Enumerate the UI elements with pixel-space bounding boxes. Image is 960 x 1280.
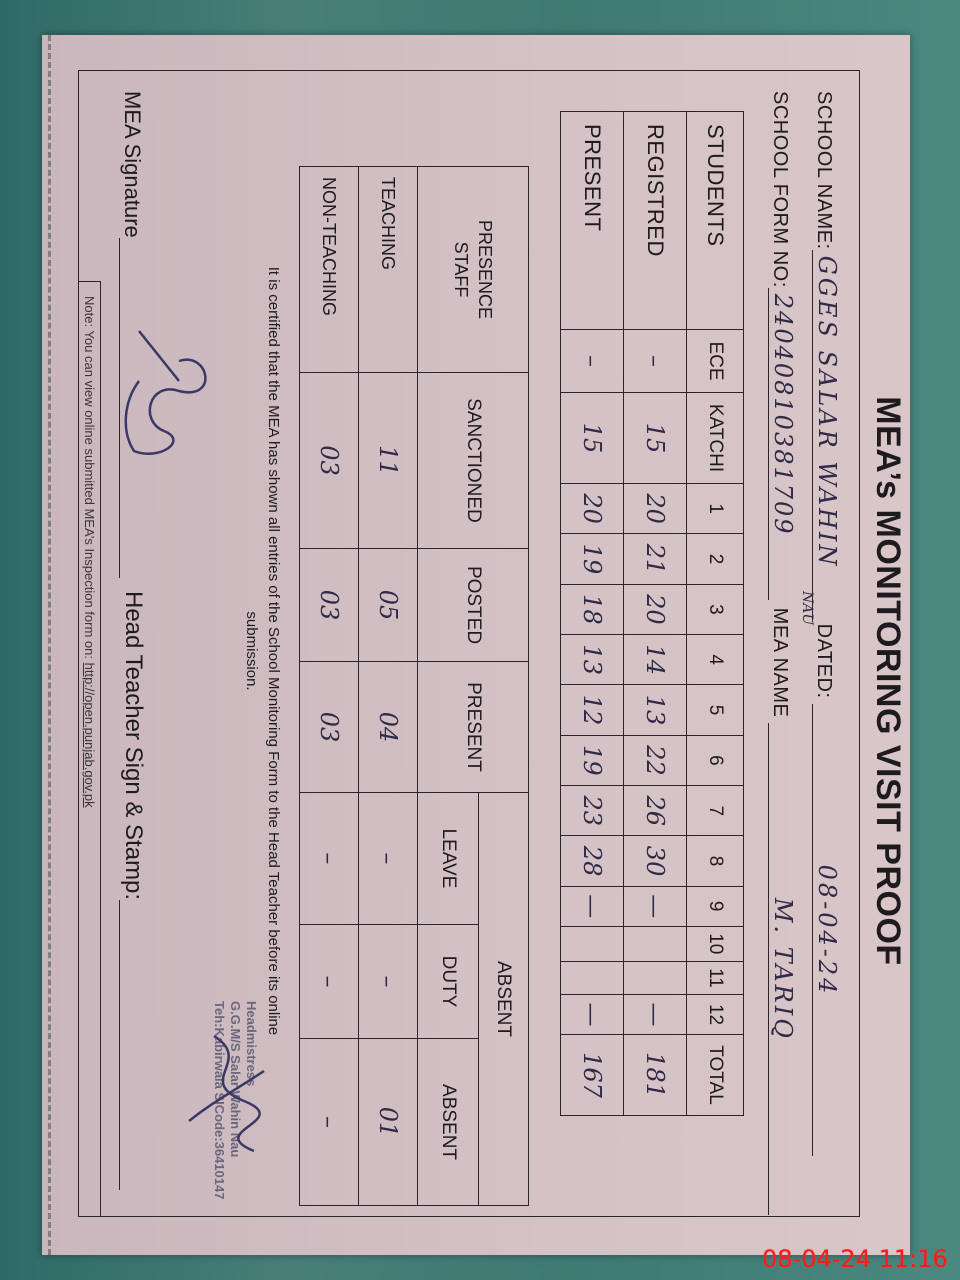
- school-name-value: GGES SALAR WAHIN: [812, 250, 841, 622]
- staff-corner-line1: PRESENCE: [475, 220, 495, 319]
- cell: –: [561, 330, 624, 393]
- cell: 01: [359, 1039, 418, 1206]
- col-header: KATCHI: [687, 393, 744, 484]
- col-header: SANCTIONED: [418, 373, 529, 549]
- cell-total: 167: [561, 1035, 624, 1116]
- col-header: 8: [687, 836, 744, 886]
- cell: 26: [624, 786, 687, 836]
- cell: 23: [561, 786, 624, 836]
- cell: 15: [561, 393, 624, 484]
- cell: 03: [300, 549, 359, 662]
- note-text: Note: You can view online submitted MEA’…: [82, 296, 97, 659]
- photo-timestamp: 08-04-24 11:16: [762, 1245, 948, 1273]
- cell: [561, 961, 624, 994]
- school-form-no-value: 24040810381709: [768, 288, 797, 600]
- cell: 13: [561, 635, 624, 685]
- table-row-present: PRESENT – 15 20 19 18 13 12 19 23 28 — —…: [561, 112, 624, 1116]
- col-header: ECE: [687, 330, 744, 393]
- cell: 05: [359, 549, 418, 662]
- form-paper: MEA’s MONITORING VISIT PROOF SCHOOL NAME…: [42, 35, 910, 1255]
- school-name-extra: NAU: [799, 591, 815, 625]
- cell: 04: [359, 662, 418, 793]
- school-name-row: SCHOOL NAME: GGES SALAR WAHIN DATED: 08-…: [812, 91, 841, 1156]
- cell: —: [624, 886, 687, 926]
- cell: 11: [359, 373, 418, 549]
- dated-value: 08-04-24: [812, 704, 841, 1156]
- school-name-label: SCHOOL NAME:: [812, 91, 835, 250]
- col-header: 12: [687, 995, 744, 1035]
- cell: –: [624, 330, 687, 393]
- col-header: LEAVE: [418, 793, 479, 925]
- col-header: PRESENT: [418, 662, 529, 793]
- cell: 14: [624, 635, 687, 685]
- col-header: 9: [687, 886, 744, 926]
- col-header: 3: [687, 584, 744, 634]
- cell: 19: [561, 534, 624, 584]
- col-header: 6: [687, 735, 744, 785]
- students-header-row: STUDENTS ECE KATCHI 1 2 3 4 5 6 7 8 9 10…: [687, 112, 744, 1116]
- cell: 19: [561, 735, 624, 785]
- staff-table: PRESENCE STAFF SANCTIONED POSTED PRESENT…: [299, 166, 529, 1206]
- cell: –: [359, 793, 418, 925]
- cell: [624, 961, 687, 994]
- cell: –: [300, 793, 359, 925]
- certification-line-1: It is certified that the MEA has shown a…: [262, 151, 284, 1151]
- cell: [624, 926, 687, 961]
- col-header: DUTY: [418, 924, 479, 1038]
- head-teacher-sign-field: Head Teacher Sign & Stamp:: [119, 591, 147, 1190]
- cell: —: [561, 995, 624, 1035]
- col-header: ABSENT: [418, 1039, 479, 1206]
- col-header: 4: [687, 635, 744, 685]
- cell: 15: [624, 393, 687, 484]
- school-form-no-label: SCHOOL FORM NO:: [768, 91, 791, 288]
- col-header: 7: [687, 786, 744, 836]
- col-header: 11: [687, 961, 744, 994]
- cell: 28: [561, 836, 624, 886]
- table-row-teaching: TEACHING 11 05 04 – – 01: [359, 167, 418, 1206]
- cell: 18: [561, 584, 624, 634]
- mea-signature-scribble: [119, 321, 219, 471]
- dated-label: DATED:: [812, 624, 835, 699]
- cell: 20: [624, 484, 687, 534]
- row-label: PRESENT: [561, 112, 624, 330]
- form-frame: MEA’s MONITORING VISIT PROOF SCHOOL NAME…: [78, 70, 860, 1217]
- col-header: TOTAL: [687, 1035, 744, 1116]
- cell: 13: [624, 685, 687, 735]
- cell: –: [359, 924, 418, 1038]
- head-teacher-signature-scribble: [184, 1031, 274, 1181]
- cell: 22: [624, 735, 687, 785]
- mea-name-value: M. TARIQ: [768, 723, 797, 1215]
- staff-corner-header: PRESENCE STAFF: [418, 167, 529, 373]
- row-label: NON-TEACHING: [300, 167, 359, 373]
- form-number-row: SCHOOL FORM NO: 24040810381709 MEA NAME …: [768, 91, 797, 1215]
- absent-group-header: ABSENT: [478, 793, 528, 1206]
- col-header: 2: [687, 534, 744, 584]
- cell: [561, 926, 624, 961]
- mea-signature-label: MEA Signature: [119, 91, 145, 238]
- cell: –: [300, 924, 359, 1038]
- mea-name-label: MEA NAME: [768, 608, 791, 718]
- table-row-non-teaching: NON-TEACHING 03 03 03 – – –: [300, 167, 359, 1206]
- col-header: 5: [687, 685, 744, 735]
- cell: —: [561, 886, 624, 926]
- head-teacher-sign-line: [119, 900, 121, 1190]
- cell: 12: [561, 685, 624, 735]
- cell: 03: [300, 662, 359, 793]
- col-header: 10: [687, 926, 744, 961]
- note-link[interactable]: http://open.punjab.gov.pk: [82, 663, 97, 808]
- row-label: TEACHING: [359, 167, 418, 373]
- cell: 03: [300, 373, 359, 549]
- cell: —: [624, 995, 687, 1035]
- cell: 30: [624, 836, 687, 886]
- cell: –: [300, 1039, 359, 1206]
- head-teacher-sign-label: Head Teacher Sign & Stamp:: [119, 591, 147, 900]
- perforated-edge: [48, 35, 51, 1255]
- note-box: Note: You can view online submitted MEA’…: [78, 281, 101, 1216]
- col-header: 1: [687, 484, 744, 534]
- cell: 20: [624, 584, 687, 634]
- students-table: STUDENTS ECE KATCHI 1 2 3 4 5 6 7 8 9 10…: [560, 111, 744, 1116]
- cell: 20: [561, 484, 624, 534]
- cell: 21: [624, 534, 687, 584]
- cell-total: 181: [624, 1035, 687, 1116]
- students-corner-header: STUDENTS: [687, 112, 744, 330]
- table-row-registered: REGISTRED – 15 20 21 20 14 13 22 26 30 —…: [624, 112, 687, 1116]
- col-header: POSTED: [418, 549, 529, 662]
- signature-row: MEA Signature Head Teacher Sign & Stamp:: [119, 91, 169, 1201]
- staff-corner-line2: STAFF: [451, 242, 471, 298]
- row-label: REGISTRED: [624, 112, 687, 330]
- staff-header-row-1: PRESENCE STAFF SANCTIONED POSTED PRESENT…: [478, 167, 528, 1206]
- document-title: MEA’s MONITORING VISIT PROOF: [868, 231, 907, 1131]
